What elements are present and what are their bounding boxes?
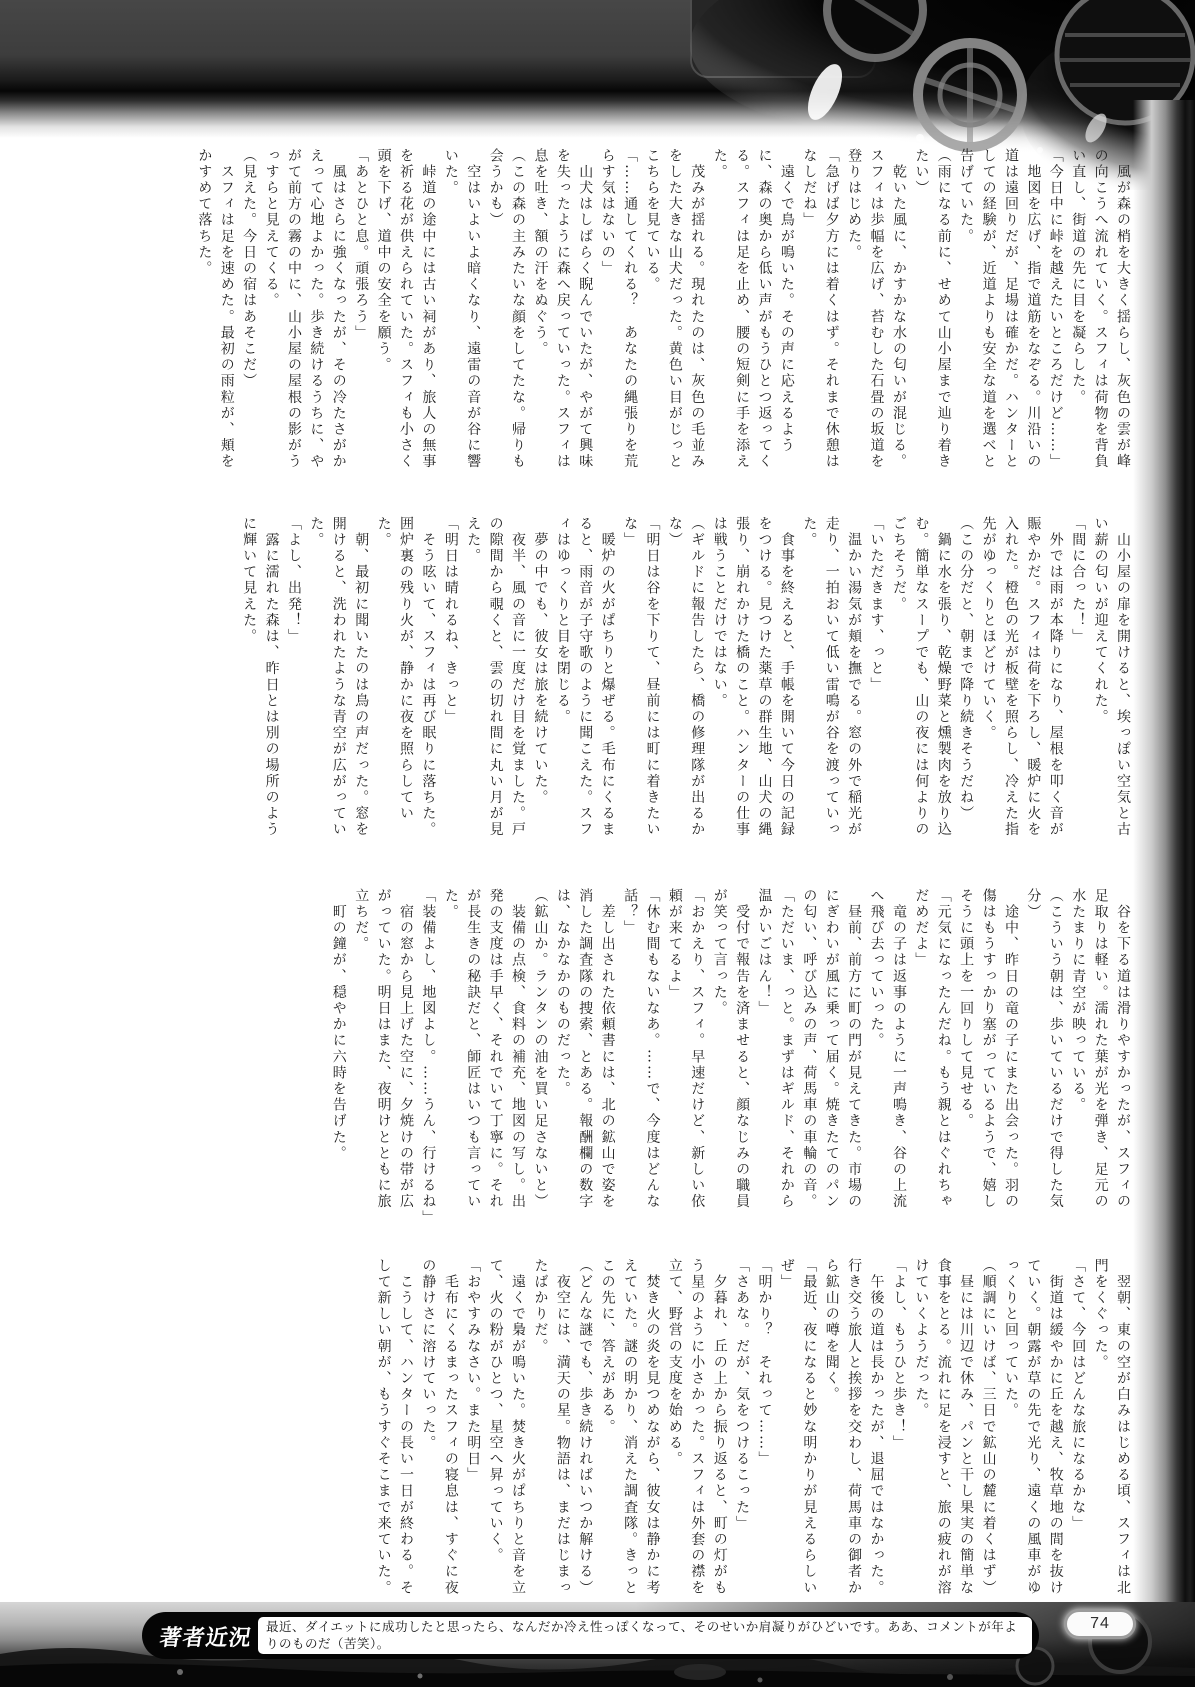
- book-page: 風が森の梢を大きく揺らし、灰色の雲が峰の向こうへ流れていく。スフィは荷物を背負い…: [0, 0, 1195, 1687]
- body-paragraph: 「よし、もうひと歩き！」: [888, 1258, 910, 1602]
- body-paragraph: 「さて、今回はどんな旅になるかな」: [1067, 1258, 1089, 1602]
- body-paragraph: 空はいよいよ暗くなり、遠雷の音が谷に響いた。: [439, 148, 484, 484]
- body-paragraph: 焚き火の炎を見つめながら、彼女は静かに考えていた。謎の明かり、消えた調査隊。きっ…: [596, 1258, 663, 1602]
- body-paragraph: 食事を終えると、手帳を開いて今日の記録をつける。見つけた薬草の群生地、山犬の縄張…: [708, 516, 798, 852]
- body-paragraph: （鉱山か。ランタンの油を買い足さないと）: [529, 888, 551, 1224]
- body-paragraph: 風が森の梢を大きく揺らし、灰色の雲が峰の向こうへ流れていく。スフィは荷物を背負い…: [1067, 148, 1134, 484]
- body-paragraph: 「あとひと息。頑張ろう」: [350, 148, 372, 484]
- body-paragraph: 外では雨が本降りになり、屋根を叩く音が賑やかだ。スフィは荷を下ろし、暖炉に火を入…: [977, 516, 1067, 852]
- body-paragraph: 遠くで鳥が鳴いた。その声に応えるように、森の奥から低い声がもうひとつ返ってくる。…: [708, 148, 798, 484]
- author-news-bar: 著者近況 最近、ダイエットに成功したと思ったら、なんだか冷え性っぽくなって、その…: [142, 1612, 1039, 1659]
- body-paragraph: 「……通してくれる？ あなたの縄張りを荒らす気はないの」: [596, 148, 641, 484]
- body-paragraph: 鍋に水を張り、乾燥野菜と燻製肉を放り込む。簡単なスープでも、山の夜には何よりのご…: [888, 516, 955, 852]
- body-paragraph: 露に濡れた森は、昨日とは別の場所のように輝いて見えた。: [238, 516, 283, 852]
- author-news-comment: 最近、ダイエットに成功したと思ったら、なんだか冷え性っぽくなって、そのせいか肩凝…: [266, 1619, 1024, 1652]
- body-paragraph: 「明日は晴れるね、きっと」: [439, 516, 461, 852]
- body-paragraph: 「元気になったんだね。もう親とはぐれちゃだめだよ」: [910, 888, 955, 1224]
- body-paragraph: 「いただきます、っと」: [865, 516, 887, 852]
- text-band-4: 翌朝、東の空が白みはじめる頃、スフィは北門をくぐった。「さて、今回はどんな旅にな…: [130, 1258, 1134, 1602]
- body-paragraph: 朝、最初に聞いたのは鳥の声だった。窓を開けると、洗われたような青空が広がっていた…: [305, 516, 372, 852]
- body-paragraph: 遠くで梟が鳴いた。焚き火がぱちりと音を立て、火の粉がひとつ、星空へ昇っていく。: [484, 1258, 529, 1602]
- text-band-3: 谷を下る道は滑りやすかったが、スフィの足取りは軽い。濡れた葉が光を弾き、足元の水…: [130, 888, 1134, 1224]
- body-paragraph: 温かい湯気が頬を撫でる。窓の外で稲光が走り、一拍おいて低い雷鳴が谷を渡っていった…: [798, 516, 865, 852]
- body-paragraph: 町の鐘が、穏やかに六時を告げた。: [327, 888, 349, 1224]
- body-paragraph: 暖炉の火がぱちりと爆ぜる。毛布にくるまると、雨音が子守歌のように聞こえた。スフィ…: [551, 516, 618, 852]
- body-text-area: 風が森の梢を大きく揺らし、灰色の雲が峰の向こうへ流れていく。スフィは荷物を背負い…: [130, 0, 1134, 1610]
- body-paragraph: 茂みが揺れる。現れたのは、灰色の毛並みをした大きな山犬だった。黄色い目がじっとこ…: [641, 148, 708, 484]
- body-paragraph: 「最近、夜になると妙な明かりが見えるらしいぜ」: [776, 1258, 821, 1602]
- author-news-comment-box: 最近、ダイエットに成功したと思ったら、なんだか冷え性っぽくなって、そのせいか肩凝…: [258, 1617, 1032, 1654]
- body-paragraph: 山小屋の扉を開けると、埃っぽい空気と古い薪の匂いが迎えてくれた。: [1089, 516, 1134, 852]
- body-paragraph: 「よし、出発！」: [283, 516, 305, 852]
- body-paragraph: 受付で報告を済ませると、顔なじみの職員が笑って言った。: [708, 888, 753, 1224]
- body-paragraph: 宿の窓から見上げた空に、夕焼けの帯が広がっていた。明日はまた、夜明けとともに旅立…: [350, 888, 417, 1224]
- body-paragraph: （ギルドに報告したら、橋の修理隊が出るかな）: [663, 516, 708, 852]
- page-number: 74: [1090, 1615, 1110, 1633]
- body-paragraph: 午後の道は長かったが、退屈ではなかった。行き交う旅人と挨拶を交わし、荷馬車の御者…: [820, 1258, 887, 1602]
- body-paragraph: 「今日中に峠を越えたいところだけど……」: [1044, 148, 1066, 484]
- page-gutter-shadow: [1133, 100, 1195, 1608]
- body-paragraph: 毛布にくるまったスフィの寝息は、すぐに夜の静けさに溶けていった。: [417, 1258, 462, 1602]
- body-paragraph: 差し出された依頼書には、北の鉱山で姿を消した調査隊の捜索、とある。報酬欄の数字は…: [551, 888, 618, 1224]
- body-paragraph: 装備の点検、食料の補充、地図の写し。出発の支度は手早く、それでいて丁寧に。それが…: [439, 888, 529, 1224]
- body-paragraph: （順調にいけば、三日で鉱山の麓に着くはず）: [977, 1258, 999, 1602]
- body-paragraph: 山犬はしばらく睨んでいたが、やがて興味を失ったように森へ戻っていった。スフィは息…: [529, 148, 596, 484]
- body-paragraph: 夢の中でも、彼女は旅を続けていた。: [529, 516, 551, 852]
- body-paragraph: 「装備よし、地図よし。……うん、行けるね」: [417, 888, 439, 1224]
- body-paragraph: （見えた。今日の宿はあそこだ）: [238, 148, 260, 484]
- body-paragraph: 「さあな。だが、気をつけるこった」: [731, 1258, 753, 1602]
- body-paragraph: 地図を広げ、指で道筋をなぞる。川沿いの道は遠回りだが、足場は確かだ。ハンターとし…: [955, 148, 1045, 484]
- body-paragraph: （雨になる前に、せめて山小屋まで辿り着きたい）: [910, 148, 955, 484]
- body-paragraph: 竜の子は返事のように一声鳴き、谷の上流へ飛び去っていった。: [865, 888, 910, 1224]
- body-paragraph: そう呟いて、スフィは再び眠りに落ちた。囲炉裏の残り火が、静かに夜を照らしていた。: [372, 516, 439, 852]
- body-paragraph: 夜半、風の音に一度だけ目を覚ました。戸の隙間から覗くと、雲の切れ間に丸い月が見え…: [462, 516, 529, 852]
- body-paragraph: 風はさらに強くなったが、その冷たさがかえって心地よかった。歩き続けるうちに、やが…: [260, 148, 350, 484]
- body-paragraph: 「休む間もないなあ。……で、今度はどんな話？」: [619, 888, 664, 1224]
- body-paragraph: （こういう朝は、歩いているだけで得した気分）: [1022, 888, 1067, 1224]
- body-paragraph: 乾いた風に、かすかな水の匂いが混じる。スフィは歩幅を広げ、苔むした石畳の坂道を登…: [843, 148, 910, 484]
- page-number-badge: 74: [1064, 1609, 1136, 1639]
- body-paragraph: （どんな謎でも、歩き続ければいつか解ける）: [574, 1258, 596, 1602]
- body-paragraph: 「おかえり、スフィ。早速だけど、新しい依頼が来てるよ」: [663, 888, 708, 1224]
- body-paragraph: 「間に合った！」: [1067, 516, 1089, 852]
- body-paragraph: 峠道の途中には古い祠があり、旅人の無事を祈る花が供えられていた。スフィも小さく頭…: [372, 148, 439, 484]
- body-paragraph: 「おやすみなさい。また明日」: [462, 1258, 484, 1602]
- body-paragraph: 「ただいま、っと。まずはギルド、それから温かいごはん！」: [753, 888, 798, 1224]
- body-paragraph: 昼前、前方に町の門が見えてきた。市場のにぎわいが風に乗って届く。焼きたてのパンの…: [798, 888, 865, 1224]
- body-paragraph: 谷を下る道は滑りやすかったが、スフィの足取りは軽い。濡れた葉が光を弾き、足元の水…: [1067, 888, 1134, 1224]
- body-paragraph: こうして、ハンターの長い一日が終わる。そして新しい朝が、もうすぐそこまで来ていた…: [372, 1258, 417, 1602]
- body-paragraph: 夜空には、満天の星。物語は、まだはじまったばかりだ。: [529, 1258, 574, 1602]
- body-paragraph: 昼には川辺で休み、パンと干し果実の簡単な食事をとる。流れに足を浸すと、旅の疲れが…: [910, 1258, 977, 1602]
- text-band-2: 山小屋の扉を開けると、埃っぽい空気と古い薪の匂いが迎えてくれた。「間に合った！」…: [130, 516, 1134, 852]
- body-paragraph: 「明かり？ それって……」: [753, 1258, 775, 1602]
- body-paragraph: 翌朝、東の空が白みはじめる頃、スフィは北門をくぐった。: [1089, 1258, 1134, 1602]
- body-paragraph: 街道は緩やかに丘を越え、牧草地の間を抜けていく。朝露が草の先で光り、遠くの風車が…: [1000, 1258, 1067, 1602]
- body-paragraph: 「急げば夕方には着くはず。それまで休憩はなしだね」: [798, 148, 843, 484]
- body-paragraph: 夕暮れ、丘の上から振り返ると、町の灯がもう星のように小さかった。スフィは外套の襟…: [663, 1258, 730, 1602]
- body-paragraph: 「明日は谷を下りて、昼前には町に着きたいな」: [619, 516, 664, 852]
- text-band-1: 風が森の梢を大きく揺らし、灰色の雲が峰の向こうへ流れていく。スフィは荷物を背負い…: [130, 148, 1134, 484]
- body-paragraph: スフィは足を速めた。最初の雨粒が、頬をかすめて落ちた。: [193, 148, 238, 484]
- author-news-label: 著者近況: [158, 1621, 258, 1652]
- body-paragraph: （この分だと、朝まで降り続きそうだね）: [955, 516, 977, 852]
- body-paragraph: （この森の主みたいな顔をしてたな。帰りも会うかも）: [484, 148, 529, 484]
- body-paragraph: 途中、昨日の竜の子にまた出会った。羽の傷はもうすっかり塞がっているようで、嬉しそ…: [955, 888, 1022, 1224]
